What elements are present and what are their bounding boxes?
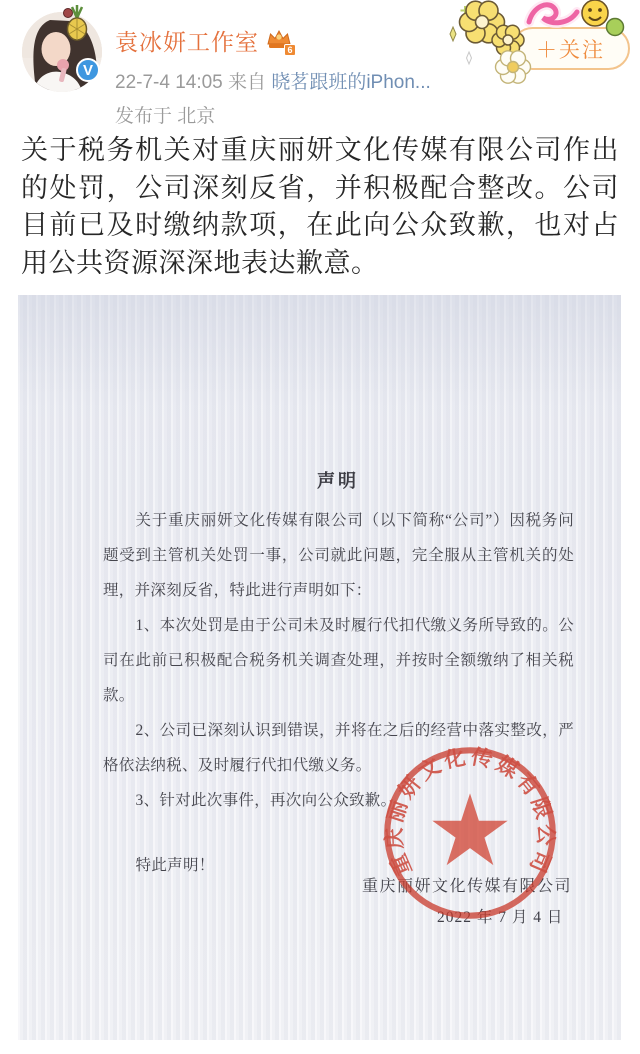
avatar[interactable]: V: [22, 12, 102, 92]
weibo-post-card: V 袁冰妍工作室 6 22-7-4 14:05 来自 晓茗跟班的iPhon...: [0, 0, 640, 1054]
post-header: V 袁冰妍工作室 6 22-7-4 14:05 来自 晓茗跟班的iPhon...: [0, 0, 640, 120]
vip-level-badge: 6: [266, 28, 293, 54]
follow-button[interactable]: ＋关注: [511, 27, 630, 70]
document-paragraph: 1、本次处罚是由于公司未及时履行代扣代缴义务所导致的。公司在此前已积极配合税务机…: [103, 608, 574, 713]
vip-level-number: 6: [284, 44, 296, 56]
document-title: 声明: [103, 467, 573, 493]
source-device-link[interactable]: 晓茗跟班的iPhon...: [271, 72, 430, 93]
statement-photo[interactable]: 声明 关于重庆丽妍文化传媒有限公司（以下简称“公司”）因税务问题受到主管机关处罚…: [18, 295, 621, 1040]
document-paragraph: 关于重庆丽妍文化传媒有限公司（以下简称“公司”）因税务问题受到主管机关处罚一事，…: [103, 503, 574, 608]
company-seal-stamp: 重庆丽妍文化传媒有限公司: [382, 745, 558, 921]
username[interactable]: 袁冰妍工作室: [115, 24, 259, 57]
post-location: 发布于 北京: [115, 101, 640, 128]
pineapple-sticker-icon: [60, 4, 94, 44]
from-label: 来自: [228, 72, 266, 93]
post-text: 关于税务机关对重庆丽妍文化传媒有限公司作出的处罚，公司深刻反省，并积极配合整改。…: [21, 132, 619, 282]
timestamp: 22-7-4 14:05: [115, 72, 223, 93]
verified-badge: V: [76, 58, 100, 82]
post-meta: 22-7-4 14:05 来自 晓茗跟班的iPhon...: [115, 67, 640, 94]
